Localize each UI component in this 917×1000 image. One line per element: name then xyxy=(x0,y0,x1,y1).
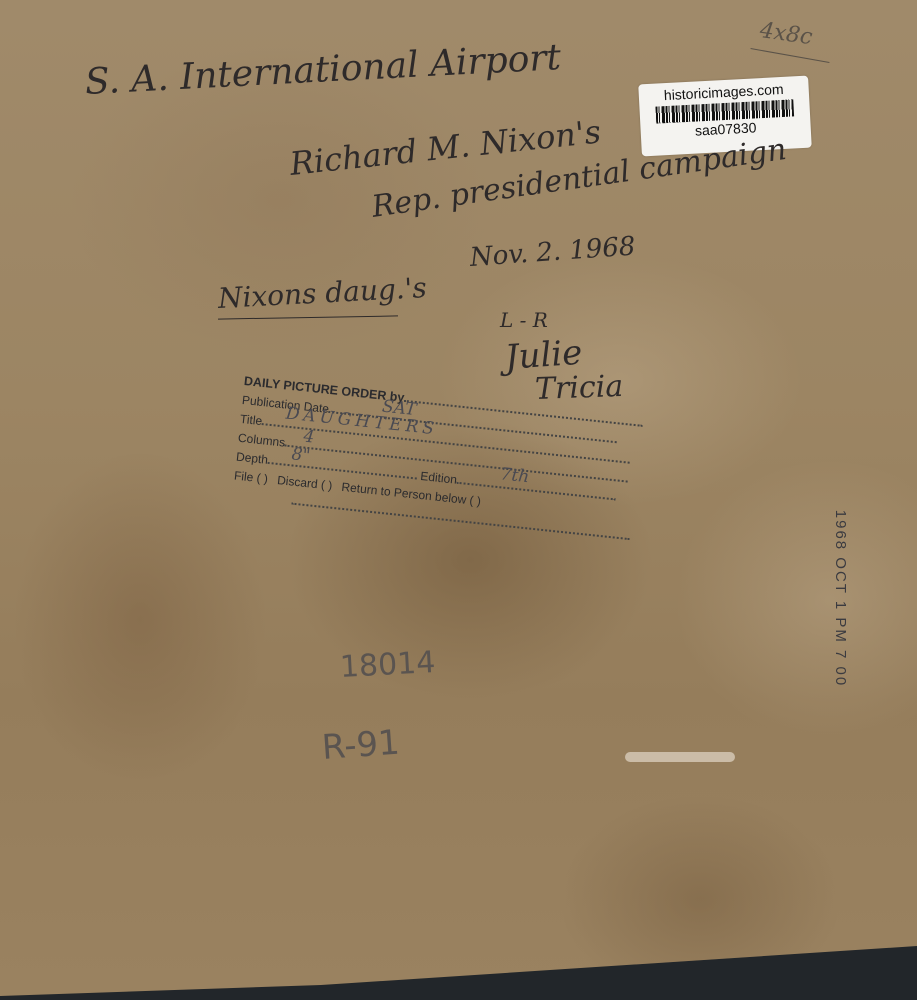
columns-value: 4 xyxy=(303,428,316,448)
title-label: Title xyxy=(239,412,263,428)
depth-label: Depth xyxy=(235,450,268,467)
handwritten-name-2: Tricia xyxy=(534,369,623,407)
pencil-number: 18014 xyxy=(339,645,436,685)
depth-value: 8" xyxy=(291,445,312,466)
edition-label: Edition xyxy=(420,469,458,487)
file-checkbox-label: File ( ) xyxy=(233,468,268,485)
columns-label: Columns xyxy=(237,431,286,450)
edition-value: 7th xyxy=(500,465,530,487)
paper-smudge xyxy=(625,752,735,762)
discard-checkbox-label: Discard ( ) xyxy=(277,473,334,493)
handwritten-order: L - R xyxy=(500,308,548,332)
received-date-stamp: 1968 OCT 1 PM 7 00 xyxy=(832,510,849,687)
pencil-code: R-91 xyxy=(321,723,401,768)
